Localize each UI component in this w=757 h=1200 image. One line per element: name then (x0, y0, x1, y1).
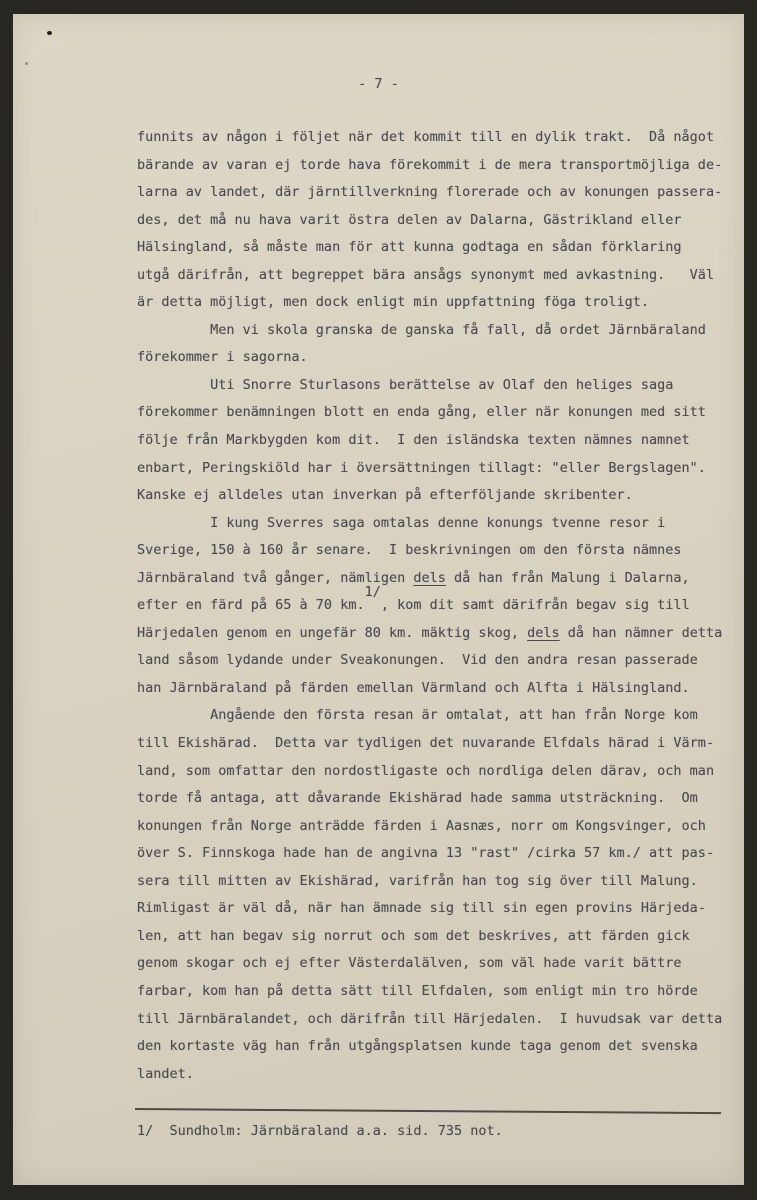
footnote-divider (135, 1108, 721, 1114)
text-line: farbar, kom han på detta sätt till Elfda… (137, 978, 722, 1006)
document-page: - 7 - funnits av någon i följet när det … (13, 14, 744, 1185)
photo-background: - 7 - funnits av någon i följet när det … (0, 0, 757, 1200)
text-line: han Järnbäraland på färden emellan Värml… (137, 675, 722, 703)
text-line: genom skogar och ej efter Västerdalälven… (137, 950, 722, 978)
document-lines: funnits av någon i följet när det kommit… (137, 124, 722, 1088)
text-line: förekommer i sagorna. (137, 344, 722, 372)
text-line: Rimligast är väl då, när han ämnade sig … (137, 895, 722, 923)
text-line: följe från Markbygden kom dit. I den isl… (137, 427, 722, 455)
text-line: efter en färd på 65 à 70 km.1/, kom dit … (137, 592, 722, 620)
text-line: land såsom lydande under Sveakonungen. V… (137, 647, 722, 675)
text-line: Men vi skola granska de ganska få fall, … (137, 317, 722, 345)
text-line: enbart, Peringskiöld har i översättninge… (137, 455, 722, 483)
text-line: land, som omfattar den nordostligaste oc… (137, 758, 722, 786)
text-line: landet. (137, 1061, 722, 1089)
text-line: utgå därifrån, att begreppet bära ansågs… (137, 262, 722, 290)
text-line: Uti Snorre Sturlasons berättelse av Olaf… (137, 372, 722, 400)
text-line: till Ekishärad. Detta var tydligen det n… (137, 730, 722, 758)
text-line: I kung Sverres saga omtalas denne konung… (137, 510, 722, 538)
text-line: Hälsingland, så måste man för att kunna … (137, 234, 722, 262)
text-line: larna av landet, där järntillverkning fl… (137, 179, 722, 207)
text-line: funnits av någon i följet när det kommit… (137, 124, 722, 152)
text-line: förekommer benämningen blott en enda gån… (137, 399, 722, 427)
text-line: konungen från Norge anträdde färden i Aa… (137, 813, 722, 841)
text-line: Angående den första resan är omtalat, at… (137, 702, 722, 730)
text-line: torde få antaga, att dåvarande Ekishärad… (137, 785, 722, 813)
ink-speck (25, 62, 28, 65)
text-line: till Järnbäralandet, och därifrån till H… (137, 1006, 722, 1034)
text-line: Kanske ej alldeles utan inverkan på efte… (137, 482, 722, 510)
text-line: sera till mitten av Ekishärad, varifrån … (137, 868, 722, 896)
text-line: är detta möjligt, men dock enligt min up… (137, 289, 722, 317)
ink-speck (47, 31, 52, 35)
text-line: len, att han begav sig norrut och som de… (137, 923, 722, 951)
text-line: över S. Finnskoga hade han de angivna 13… (137, 840, 722, 868)
text-line: Sverige, 150 à 160 år senare. I beskrivn… (137, 537, 722, 565)
page-number: - 7 - (13, 71, 744, 99)
text-line: Järnbäraland två gånger, nämligen dels d… (137, 565, 722, 593)
text-line: des, det må nu hava varit östra delen av… (137, 207, 722, 235)
footnote-text: 1/ Sundholm: Järnbäraland a.a. sid. 735 … (137, 1118, 503, 1146)
text-line: den kortaste väg han från utgångsplatsen… (137, 1033, 722, 1061)
text-line: Härjedalen genom en ungefär 80 km. mäkti… (137, 620, 722, 648)
text-line: bärande av varan ej torde hava förekommi… (137, 152, 722, 180)
